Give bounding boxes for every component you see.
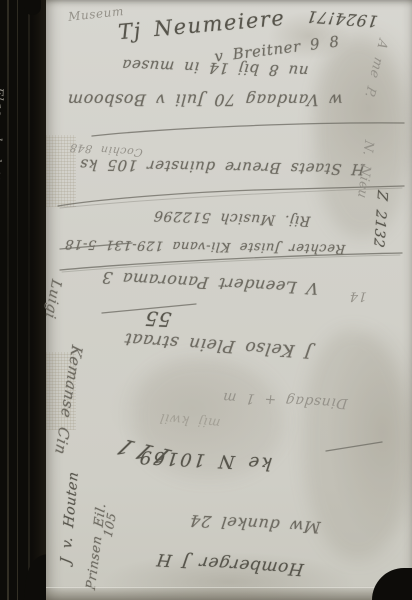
gutter-shadow-top [24, 0, 41, 15]
scanned-notebook-page: Elge adn lett straat 12 Dulin Vahlewen (… [0, 0, 412, 600]
facing-page-note: Dulin Vahlewen (milsel (ge [0, 323, 1, 515]
page-crease [17, 0, 18, 600]
page-crease [7, 0, 9, 600]
note-vandaag-line: w Vandaag 70 Juli v Bosboom [67, 91, 344, 110]
note-14: 14 [349, 289, 368, 304]
notebook-page: Museum Tj Neumeiere v Breitner 9 8 1924!… [46, 0, 412, 600]
page-crease [28, 0, 30, 600]
page-bottom-edge-shadow [46, 586, 412, 600]
note-55: 55 [143, 306, 173, 331]
facing-page-note: Elge adn lett straat 12 [0, 86, 6, 255]
